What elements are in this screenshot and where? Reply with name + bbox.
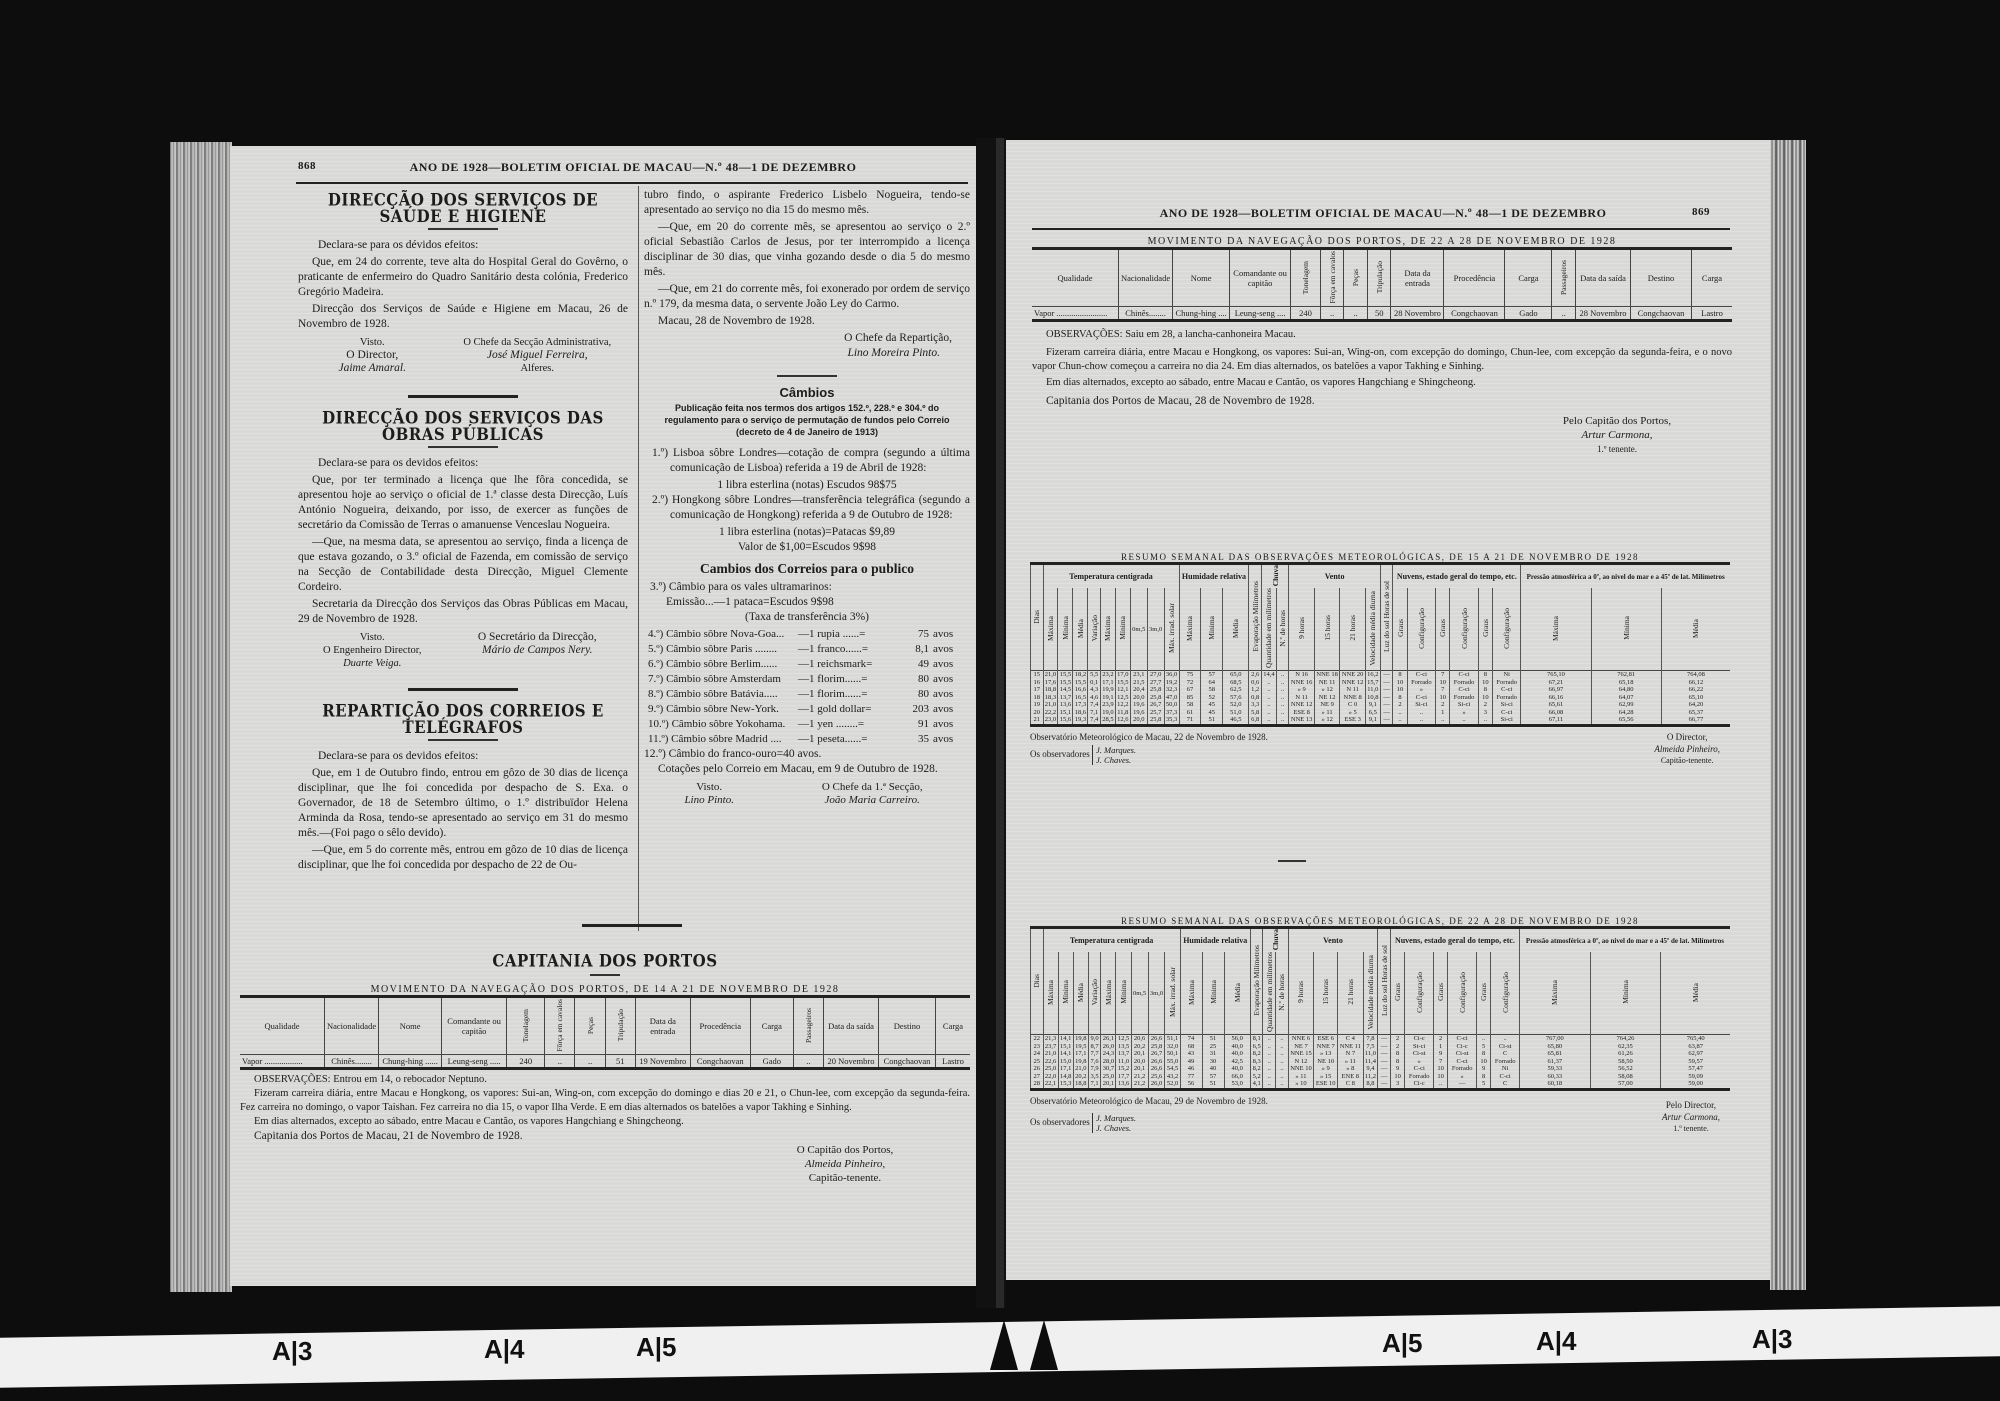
sig-name: Lino Moreira Pinto. (644, 346, 940, 361)
section-saude: DIRECÇÃO DOS SERVIÇOS DE SAÚDE E HIGIENE… (298, 194, 628, 375)
meteo-table-body: 2221,314,119,89,026,112,520,626,651,1745… (1031, 1035, 1731, 1090)
section-meteo-week-1: RESUMO SEMANAL DAS OBSERVAÇÕES METEOROLÓ… (1030, 552, 1730, 765)
dateline: Observatório Meteorológico de Macau, 29 … (1030, 1095, 1730, 1107)
meteo-table: Dias Temperatura centigrada Humidade rel… (1030, 926, 1730, 1091)
table-row: Vapor ........................Chinês....… (1032, 307, 1732, 321)
table-title: MOVIMENTO DA NAVEGAÇÃO DOS PORTOS, DE 22… (1032, 236, 1732, 247)
body-text: —Que, em 20 do corrente mês, se apresent… (644, 220, 970, 280)
column-divider (638, 186, 639, 931)
meteo-footer: Observatório Meteorológico de Macau, 22 … (1030, 731, 1730, 765)
table-group-row: Dias Temperatura centigrada Humidade rel… (1031, 928, 1731, 953)
registration-mark: A|4 (484, 1334, 525, 1365)
section-obras-publicas: DIRECÇÃO DOS SERVIÇOS DAS OBRAS PÚBLICAS… (298, 412, 628, 670)
navigation-table: Qualidade Nacionalidade Nome Comandante … (240, 995, 970, 1070)
observers-label: Os observadores (1030, 1117, 1090, 1127)
sig-name: Jaime Amaral. (298, 362, 447, 375)
section-heading: REPARTIÇÃO DOS CORREIOS E TELÉGRAFOS (298, 704, 628, 737)
book-page-edges-right (1770, 140, 1806, 1290)
sig-name: João Maria Carreiro. (774, 794, 970, 807)
registration-mark: A|5 (636, 1332, 677, 1363)
divider (428, 228, 498, 230)
left-page: 868 ANO DE 1928—BOLETIM OFICIAL DE MACAU… (230, 146, 976, 1286)
body-text: —Que, em 21 do corrente mês, foi exonera… (644, 282, 970, 312)
rate-row: 11.º) Câmbio sôbre Madrid ....—1 peseta.… (648, 732, 970, 747)
table-title: RESUMO SEMANAL DAS OBSERVAÇÕES METEOROLÓ… (1030, 552, 1730, 562)
section-heading: Câmbios (644, 385, 970, 400)
dateline: Secretaria da Direcção dos Serviços das … (298, 597, 628, 627)
subsection-heading: Cambios dos Correios para o publico (644, 561, 970, 576)
dateline: Macau, 28 de Novembro de 1928. (644, 314, 970, 329)
sig-name: Duarte Veiga. (298, 657, 447, 670)
dateline: Observatório Meteorológico de Macau, 22 … (1030, 731, 1730, 743)
section-navigation: MOVIMENTO DA NAVEGAÇÃO DOS PORTOS, DE 22… (1032, 236, 1732, 456)
table-row: 1521,015,518,25,523,217,023,127,036,0755… (1031, 671, 1731, 679)
sig-title: O Secretário da Direcção, (447, 631, 629, 644)
exchange-rate-list: 4.º) Câmbio sôbre Nova-Goa...—1 rupia ..… (644, 627, 970, 747)
right-column: tubro findo, o aspirante Frederico Lisbe… (644, 188, 970, 807)
signature-block: Pelo Capitão dos Portos, Artur Carmona, … (1532, 414, 1702, 456)
exchange-note: (Taxa de transferência 3%) (644, 610, 970, 625)
exchange-item: 2.º) Hongkong sôbre Londres—transferênci… (644, 493, 970, 523)
book-page-edges-left (170, 142, 232, 1292)
exchange-value: 1 libra esterlina (notas) Escudos 98$75 (644, 478, 970, 493)
registration-mark: A|3 (272, 1336, 313, 1367)
table-row: 1921,013,617,37,423,912,219,626,750,0584… (1031, 701, 1731, 709)
exchange-value: Emissão...—1 pataca=Escudos 9$98 (644, 595, 970, 610)
sig-rank: Alferes. (447, 362, 629, 375)
signature-block: O Chefe da Repartição, Lino Moreira Pint… (644, 331, 970, 361)
table-row: 2323,715,119,58,726,013,520,225,832,0682… (1031, 1043, 1731, 1051)
running-head: 868 ANO DE 1928—BOLETIM OFICIAL DE MACAU… (230, 160, 976, 182)
sig-name: Mário de Campos Nery. (447, 644, 629, 657)
section-heading: DIRECÇÃO DOS SERVIÇOS DAS OBRAS PÚBLICAS (298, 411, 628, 444)
table-row: 2822,115,318,87,120,113,621,226,052,0565… (1031, 1080, 1731, 1089)
observations: OBSERVAÇÕES: Saiu em 28, a lancha-canhon… (1032, 328, 1732, 408)
meteo-table-body: 1521,015,518,25,523,217,023,127,036,0755… (1031, 671, 1731, 726)
table-row: 2022,215,118,67,119,011,819,625,737,3614… (1031, 709, 1731, 717)
signature-block: Visto. Lino Pinto. O Chefe da 1.ª Secção… (644, 781, 970, 807)
section-separator (408, 688, 518, 691)
rate-row: 7.º) Câmbio sôbre Amsterdam—1 florim....… (648, 672, 970, 687)
table-row: 2123,015,619,37,428,512,620,025,835,3715… (1031, 716, 1731, 725)
table-title: MOVIMENTO DA NAVEGAÇÃO DOS PORTOS, DE 14… (240, 984, 970, 995)
rate-row: 4.º) Câmbio sôbre Nova-Goa...—1 rupia ..… (648, 627, 970, 642)
dateline: Capitania dos Portos de Macau, 21 de Nov… (240, 1129, 970, 1143)
signature-block: Pelo Director, Artur Carmona, 1.º tenent… (1662, 1099, 1720, 1135)
dateline: Cotações pelo Correio em Macau, em 9 de … (644, 762, 970, 777)
sig-title: O Chefe da Repartição, (644, 331, 952, 346)
sig-rank: Capitão-tenente. (770, 1171, 920, 1185)
exchange-value: 1 libra esterlina (notas)=Patacas $9,89 (644, 525, 970, 540)
intro-text: Declara-se para os devidos efeitos: (298, 456, 628, 471)
signature-block: O Director, Almeida Pinheiro, Capitão-te… (1654, 731, 1720, 767)
exchange-value: Valor de $1,00=Escudos 9$98 (644, 540, 970, 555)
intro-text: Declara-se para os dévidos efeitos: (298, 238, 628, 253)
sig-name: Almeida Pinheiro, (770, 1157, 920, 1171)
sig-title: O Chefe da Secção Administrativa, (447, 336, 629, 349)
table-row: 2522,615,019,87,628,011,020,026,655,0493… (1031, 1058, 1731, 1066)
divider (590, 974, 620, 976)
meteo-table: Dias Temperatura centigrada Humidade rel… (1030, 562, 1730, 727)
section-separator (582, 924, 682, 927)
section-separator (408, 395, 518, 398)
rate-row: 9.º) Câmbio sôbre New-York.—1 gold dolla… (648, 702, 970, 717)
page-number: 869 (1692, 206, 1710, 218)
navigation-table: Qualidade Nacionalidade Nome Comandante … (1032, 247, 1732, 322)
table-row: 1718,814,516,64,319,912,120,425,832,3675… (1031, 686, 1731, 694)
running-head: ANO DE 1928—BOLETIM OFICIAL DE MACAU—N.º… (1006, 206, 1770, 228)
exchange-item: 1.º) Lisboa sôbre Londres—cotação de com… (644, 446, 970, 476)
table-group-row: Dias Temperatura centigrada Humidade rel… (1031, 564, 1731, 589)
film-notch-icon (1030, 1320, 1058, 1370)
dateline: Capitania dos Portos de Macau, 28 de Nov… (1032, 394, 1732, 408)
sig-line: Visto. (298, 336, 447, 349)
section-subtitle: Publicação feita nos termos dos artigos … (664, 402, 950, 438)
right-page: ANO DE 1928—BOLETIM OFICIAL DE MACAU—N.º… (1006, 140, 1770, 1280)
registration-mark: A|4 (1536, 1326, 1577, 1357)
header-rule (296, 182, 968, 184)
film-notch-icon (990, 1320, 1018, 1370)
gutter-shadow (996, 138, 1004, 1308)
registration-mark: A|3 (1752, 1324, 1793, 1355)
table-row: Vapor ..................Chinês........Ch… (240, 1055, 970, 1069)
section-capitania: CAPITANIA DOS PORTOS MOVIMENTO DA NAVEGA… (240, 946, 970, 1185)
divider (428, 739, 498, 741)
table-header-row: Qualidade Nacionalidade Nome Comandante … (1032, 249, 1732, 307)
section-meteo-week-2: RESUMO SEMANAL DAS OBSERVAÇÕES METEOROLÓ… (1030, 916, 1730, 1133)
table-row: 2722,014,820,23,525,017,721,225,643,2775… (1031, 1073, 1731, 1081)
rate-row: 6.º) Câmbio sôbre Berlim......—1 reichsm… (648, 657, 970, 672)
table-title: RESUMO SEMANAL DAS OBSERVAÇÕES METEOROLÓ… (1030, 916, 1730, 926)
exchange-item: 3.º) Câmbio para os vales ultramarinos: (644, 580, 970, 595)
sig-title: O Capitão dos Portos, (770, 1143, 920, 1157)
divider (1278, 860, 1306, 862)
body-text: Que, por ter terminado a licença que lhe… (298, 473, 628, 533)
sig-title: O Director, (298, 349, 447, 362)
divider (777, 375, 837, 377)
sig-name: José Miguel Ferreira, (447, 349, 629, 362)
signature-block: Visto. O Engenheiro Director, Duarte Vei… (298, 631, 628, 670)
sig-line: Visto. (644, 781, 774, 794)
table-row: 2421,014,117,17,724,313,720,126,750,1433… (1031, 1050, 1731, 1058)
sig-title: O Chefe da 1.ª Secção, (774, 781, 970, 794)
section-heading: CAPITANIA DOS PORTOS (240, 951, 970, 971)
table-row: 1818,313,716,54,619,112,520,025,847,0855… (1031, 694, 1731, 702)
meteo-footer: Observatório Meteorológico de Macau, 29 … (1030, 1095, 1730, 1133)
header-rule (1032, 228, 1730, 230)
running-head-title: ANO DE 1928—BOLETIM OFICIAL DE MACAU—N.º… (1006, 206, 1770, 221)
body-text: —Que, em 5 do corrente mês, entrou em gô… (298, 843, 628, 873)
observers-label: Os observadores (1030, 749, 1090, 759)
section-cambios: Câmbios Publicação feita nos termos dos … (644, 385, 970, 807)
intro-text: Declara-se para os devidos efeitos: (298, 749, 628, 764)
sig-rank: 1.º tenente. (1532, 442, 1702, 456)
left-column: DIRECÇÃO DOS SERVIÇOS DE SAÚDE E HIGIENE… (298, 188, 628, 875)
sig-title: O Engenheiro Director, (298, 644, 447, 657)
signature-block: O Capitão dos Portos, Almeida Pinheiro, … (770, 1143, 920, 1185)
signature-block: Visto. O Director, Jaime Amaral. O Chefe… (298, 336, 628, 375)
divider (428, 446, 498, 448)
table-header-row: Máxima Mínima Média Variação Máxima Míni… (1031, 588, 1731, 670)
rate-row: 8.º) Câmbio sôbre Batávia.....—1 florim.… (648, 687, 970, 702)
body-text: Que, em 24 do corrente, teve alta do Hos… (298, 255, 628, 300)
sig-name: Lino Pinto. (644, 794, 774, 807)
body-text: —Que, na mesma data, se apresentou ao se… (298, 535, 628, 595)
sig-name: Artur Carmona, (1532, 428, 1702, 442)
table-row: 2625,017,121,07,930,715,220,126,654,5464… (1031, 1065, 1731, 1073)
registration-mark: A|5 (1382, 1328, 1423, 1359)
dateline: Direcção dos Serviços de Saúde e Higiene… (298, 302, 628, 332)
body-text: Que, em 1 de Outubro findo, entrou em gô… (298, 766, 628, 841)
table-row: 1617,615,515,50,117,115,521,527,719,2726… (1031, 679, 1731, 687)
sig-line: Visto. (298, 631, 447, 644)
rate-row: 10.º) Câmbio sôbre Yokohama.—1 yen .....… (648, 717, 970, 732)
running-head-title: ANO DE 1928—BOLETIM OFICIAL DE MACAU—N.º… (230, 160, 976, 175)
section-heading: DIRECÇÃO DOS SERVIÇOS DE SAÚDE E HIGIENE (298, 193, 628, 226)
table-row: 2221,314,119,89,026,112,520,626,651,1745… (1031, 1035, 1731, 1043)
observations: OBSERVAÇÕES: Entrou em 14, o rebocador N… (240, 1073, 970, 1143)
rate-row: 5.º) Câmbio sôbre Paris ........—1 franc… (648, 642, 970, 657)
table-header-row: Qualidade Nacionalidade Nome Comandante … (240, 997, 970, 1055)
section-correios: REPARTIÇÃO DOS CORREIOS E TELÉGRAFOS Dec… (298, 705, 628, 873)
body-text: tubro findo, o aspirante Frederico Lisbe… (644, 188, 970, 218)
exchange-item: 12.º) Câmbio do franco-ouro=40 avos. (644, 747, 970, 762)
sig-title: Pelo Capitão dos Portos, (1532, 414, 1702, 428)
